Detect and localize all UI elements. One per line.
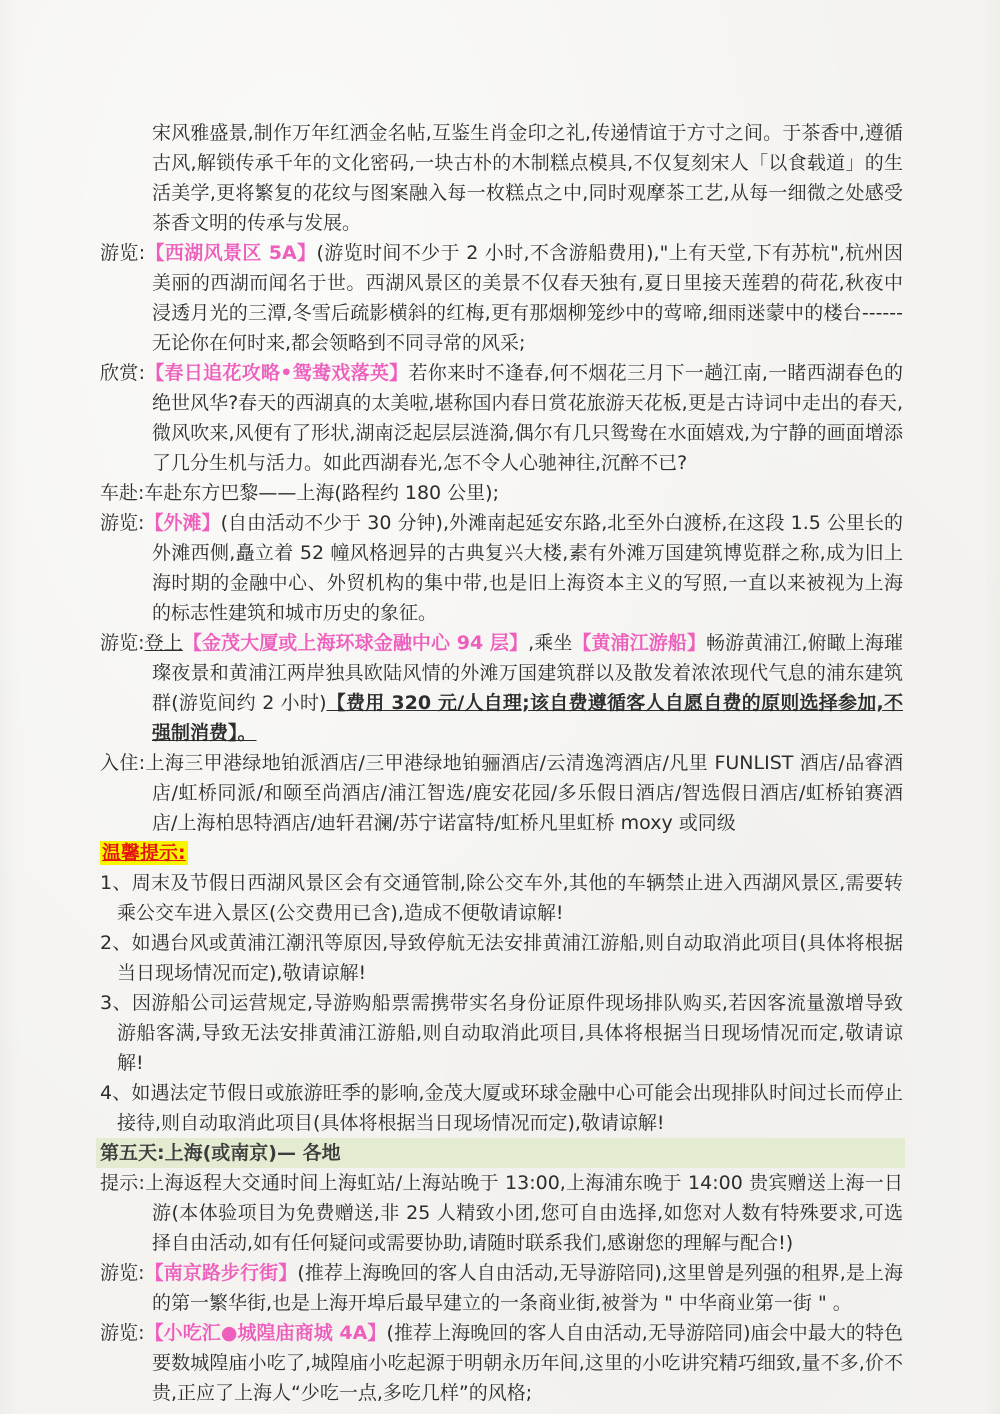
visit-the-bund-text-1: (自由活动不少于 30 分钟),外滩南起延安东路,北至外白渡桥,在这段 1.5 …	[152, 512, 903, 624]
visit-jinmao-and-cruise-text-0: 登上	[145, 632, 183, 654]
tip-3-number: 3、	[100, 992, 132, 1014]
tip-2: 2、如遇台风或黄浦江潮汛等原因,导致停航无法安排黄浦江游船,则自动取消此项目(具…	[100, 928, 903, 988]
visit-west-lake-label: 游览:	[100, 242, 145, 264]
warm-tips-heading-text-0: 温馨提示:	[100, 841, 188, 865]
tip-3: 3、因游船公司运营规定,导游购船票需携带实名身份证原件现场排队购买,若因客流量激…	[100, 988, 903, 1078]
visit-west-lake: 游览:【西湖风景区 5A】(游览时间不少于 2 小时,不含游船费用),"上有天堂…	[100, 238, 903, 358]
drive-to-shanghai: 车赴:车赴东方巴黎——上海(路程约 180 公里);	[100, 478, 903, 508]
day5-heading-text-0: 第五天:上海(或南京)— 各地	[100, 1142, 341, 1164]
visit-nanjing-road-label: 游览:	[100, 1262, 145, 1284]
departure-notice: 提示:上海返程大交通时间上海虹站/上海站晚于 13:00,上海浦东晚于 14:0…	[100, 1168, 903, 1258]
visit-nanjing-road: 游览:【南京路步行街】(推荐上海晚回的客人自由活动,无导游陪同),这里曾是列强的…	[100, 1258, 903, 1318]
itinerary-content: 宋风雅盛景,制作万年红洒金名帖,互鉴生肖金印之礼,传递情谊于方寸之间。于茶香中,…	[100, 118, 903, 1408]
warm-tips-heading: 温馨提示:	[100, 838, 903, 868]
visit-chenghuang-temple-mall-label: 游览:	[100, 1322, 145, 1344]
visit-jinmao-and-cruise-text-1: 【金茂大厦或上海环球金融中心 94 层】	[183, 632, 528, 654]
intro-paragraph-text-0: 宋风雅盛景,制作万年红洒金名帖,互鉴生肖金印之礼,传递情谊于方寸之间。于茶香中,…	[152, 122, 903, 234]
tip-1-text-0: 周末及节假日西湖风景区会有交通管制,除公交车外,其他的车辆禁止进入西湖风景区,需…	[117, 872, 903, 924]
tip-3-text-0: 因游船公司运营规定,导游购船票需携带实名身份证原件现场排队购买,若因客流量激增导…	[117, 992, 903, 1074]
day5-heading: 第五天:上海(或南京)— 各地	[96, 1138, 905, 1168]
visit-west-lake-text-0: 【西湖风景区 5A】	[145, 242, 316, 264]
visit-jinmao-and-cruise-text-3: 【黄浦江游船】	[572, 632, 706, 654]
drive-to-shanghai-text-0: 车赴东方巴黎——上海(路程约 180 公里);	[144, 482, 499, 504]
visit-chenghuang-temple-mall-text-0: 【小吃汇●城隍庙商城 4A】	[145, 1322, 387, 1344]
itinerary-document-page: 宋风雅盛景,制作万年红洒金名帖,互鉴生肖金印之礼,传递情谊于方寸之间。于茶香中,…	[0, 0, 1000, 1414]
tip-2-text-0: 如遇台风或黄浦江潮汛等原因,导致停航无法安排黄浦江游船,则自动取消此项目(具体将…	[117, 932, 903, 984]
tip-4: 4、如遇法定节假日或旅游旺季的影响,金茂大厦或环球金融中心可能会出现排队时间过长…	[100, 1078, 903, 1138]
visit-jinmao-and-cruise-text-2: ,乘坐	[528, 632, 572, 654]
tip-4-text-0: 如遇法定节假日或旅游旺季的影响,金茂大厦或环球金融中心可能会出现排队时间过长而停…	[117, 1082, 903, 1134]
visit-nanjing-road-text-0: 【南京路步行街】	[145, 1262, 298, 1284]
enjoy-spring-flowers-text-0: 【春日追花攻略•鸳鸯戏落英】	[145, 362, 408, 384]
tip-4-number: 4、	[100, 1082, 131, 1104]
enjoy-spring-flowers: 欣赏:【春日追花攻略•鸳鸯戏落英】若你来时不逢春,何不烟花三月下一趟江南,一睹西…	[100, 358, 903, 478]
tip-1: 1、周末及节假日西湖风景区会有交通管制,除公交车外,其他的车辆禁止进入西湖风景区…	[100, 868, 903, 928]
hotel-checkin-label: 入住:	[100, 752, 145, 774]
hotel-checkin-text-0: 上海三甲港绿地铂派酒店/三甲港绿地铂骊酒店/云清逸湾酒店/凡里 FUNLIST …	[145, 752, 903, 834]
departure-notice-label: 提示:	[100, 1172, 145, 1194]
visit-the-bund-text-0: 【外滩】	[144, 512, 220, 534]
intro-paragraph: 宋风雅盛景,制作万年红洒金名帖,互鉴生肖金印之礼,传递情谊于方寸之间。于茶香中,…	[100, 118, 903, 238]
enjoy-spring-flowers-label: 欣赏:	[100, 362, 145, 384]
tip-2-number: 2、	[100, 932, 132, 954]
tip-1-number: 1、	[100, 872, 132, 894]
drive-to-shanghai-label: 车赴:	[100, 482, 144, 504]
visit-the-bund: 游览:【外滩】(自由活动不少于 30 分钟),外滩南起延安东路,北至外白渡桥,在…	[100, 508, 903, 628]
visit-jinmao-and-cruise: 游览:登上【金茂大厦或上海环球金融中心 94 层】,乘坐【黄浦江游船】畅游黄浦江…	[100, 628, 903, 748]
visit-jinmao-and-cruise-label: 游览:	[100, 632, 145, 654]
departure-notice-text-0: 上海返程大交通时间上海虹站/上海站晚于 13:00,上海浦东晚于 14:00 贵…	[145, 1172, 903, 1254]
visit-chenghuang-temple-mall: 游览:【小吃汇●城隍庙商城 4A】(推荐上海晚回的客人自由活动,无导游陪同)庙会…	[100, 1318, 903, 1408]
visit-the-bund-label: 游览:	[100, 512, 144, 534]
hotel-checkin: 入住:上海三甲港绿地铂派酒店/三甲港绿地铂骊酒店/云清逸湾酒店/凡里 FUNLI…	[100, 748, 903, 838]
